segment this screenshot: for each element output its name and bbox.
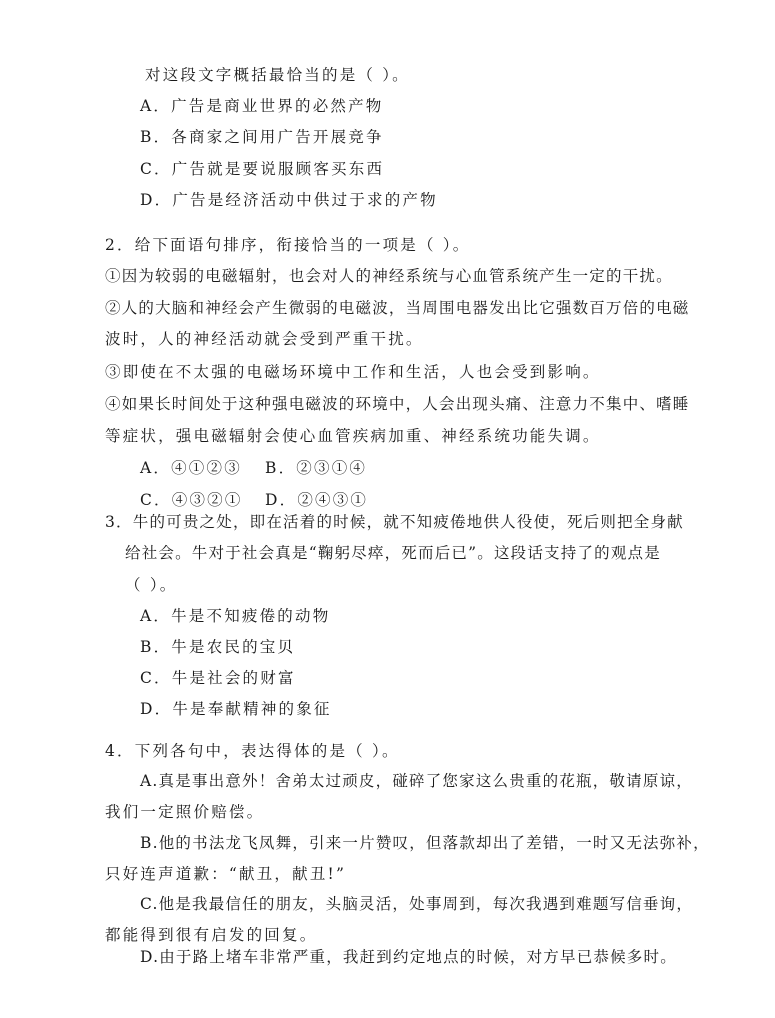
q2-sentence-2: ②人的大脑和神经会产生微弱的电磁波，当周围电器发出比它强数百万倍的电磁	[105, 298, 690, 318]
q4-option-b-cont: 只好连声道歉：“献丑，献丑!”	[105, 864, 346, 884]
q3-option-c: C．牛是社会的财富	[140, 668, 296, 688]
q4-option-a-cont: 我们一定照价赔偿。	[105, 802, 264, 822]
q2-option-d: D．②④③①	[265, 490, 368, 510]
q1-option-c: C．广告就是要说服顾客买东西	[140, 159, 384, 179]
q3-option-d: D．牛是奉献精神的象征	[140, 699, 332, 719]
q4-option-c: C.他是我最信任的朋友，头脑灵活，处事周到，每次我遇到难题写信垂询，	[140, 894, 693, 914]
q2-option-a: A．④①②③	[140, 458, 242, 478]
q2-stem: 2．给下面语句排序，衔接恰当的一项是（ ）。	[105, 235, 470, 255]
q1-option-b: B．各商家之间用广告开展竞争	[140, 127, 384, 147]
q3-option-a: A．牛是不知疲倦的动物	[140, 606, 330, 626]
q3-stem-line-2: 给社会。牛对于社会真是“鞠躬尽瘁，死而后已”。这段话支持了的观点是	[125, 543, 661, 563]
q3-option-b: B．牛是农民的宝贝	[140, 637, 295, 657]
q2-sentence-1: ①因为较弱的电磁辐射，也会对人的神经系统与心血管系统产生一定的干扰。	[105, 266, 673, 286]
q4-stem: 4．下列各句中，表达得体的是（ ）。	[105, 741, 400, 761]
q3-stem-line-1: 3．牛的可贵之处，即在活着的时候，就不知疲倦地供人役使，死后则把全身献	[105, 512, 684, 532]
q2-option-c: C．④③②①	[140, 490, 243, 510]
q2-option-b: B．②③①④	[265, 458, 367, 478]
q4-option-c-cont: 都能得到很有启发的回复。	[105, 925, 317, 945]
q4-option-b: B.他的书法龙飞凤舞，引来一片赞叹，但落款却出了差错，一时又无法弥补，	[140, 833, 710, 853]
q1-option-d: D．广告是经济活动中供过于求的产物	[140, 190, 438, 210]
q4-option-a: A.真是事出意外！舍弟太过顽皮，碰碎了您家这么贵重的花瓶，敬请原谅，	[140, 771, 693, 791]
q4-option-d: D.由于路上堵车非常严重，我赶到约定地点的时候，对方早已恭候多时。	[140, 947, 677, 967]
q1-stem: 对这段文字概括最恰当的是（ ）。	[145, 65, 410, 85]
q2-sentence-3: ③即使在不太强的电磁场环境中工作和生活，人也会受到影响。	[105, 362, 601, 382]
q2-sentence-4-cont: 等症状，强电磁辐射会使心血管疾病加重、神经系统功能失调。	[105, 426, 601, 446]
q3-stem-line-3: （ ）。	[125, 575, 177, 595]
q1-option-a: A．广告是商业世界的必然产物	[140, 96, 384, 116]
q2-sentence-4: ④如果长时间处于这种强电磁波的环境中，人会出现头痛、注意力不集中、嗜睡	[105, 394, 690, 414]
q2-sentence-2-cont: 波时，人的神经活动就会受到严重干扰。	[105, 329, 424, 349]
